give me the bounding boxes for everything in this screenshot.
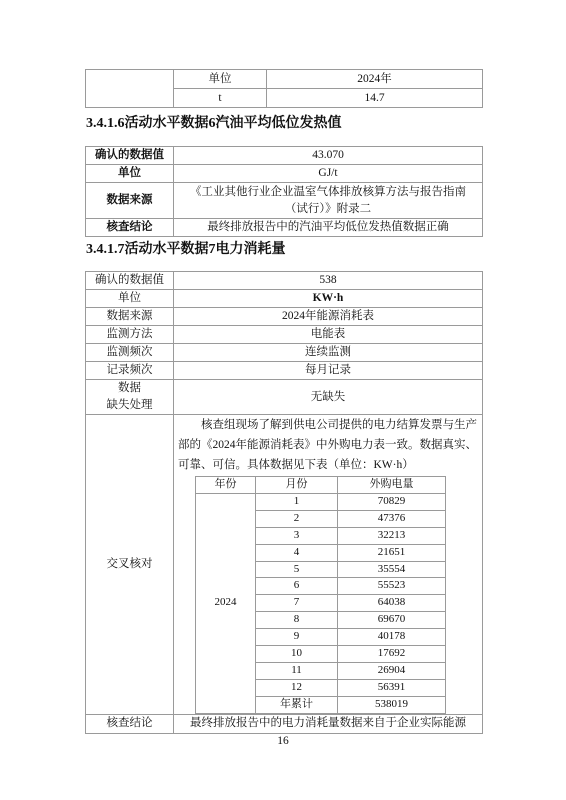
- row-label: 确认的数据值: [86, 147, 174, 165]
- row-value: 2024年能源消耗表: [174, 308, 483, 326]
- amount-cell: 40178: [338, 629, 446, 646]
- row-value: 《工业其他行业企业温室气体排放核算方法与报告指南（试行）》附录二: [174, 183, 483, 219]
- section-heading-7: 3.4.1.7活动水平数据7电力消耗量: [86, 241, 286, 259]
- monthly-electricity-table: 年份 月份 外购电量 2024 1 70829 247376 332213 42…: [195, 476, 446, 714]
- amount-cell: 21651: [338, 544, 446, 561]
- header-year: 年份: [196, 477, 256, 494]
- page-number: 16: [0, 735, 566, 747]
- month-cell: 7: [256, 595, 338, 612]
- cross-check-paragraph: 核查组现场了解到供电公司提供的电力结算发票与生产部的《2024年能源消耗表》中外…: [174, 415, 482, 475]
- amount-cell: 64038: [338, 595, 446, 612]
- row-label: 监测方法: [86, 326, 174, 344]
- month-cell: 6: [256, 578, 338, 595]
- header-amount: 外购电量: [338, 477, 446, 494]
- month-cell: 1: [256, 493, 338, 510]
- month-cell: 9: [256, 629, 338, 646]
- amount-cell: 17692: [338, 646, 446, 663]
- row-value: 连续监测: [174, 344, 483, 362]
- row-value: KW·h: [174, 290, 483, 308]
- row-label: 数据 缺失处理: [86, 380, 174, 415]
- row-value: GJ/t: [174, 165, 483, 183]
- amount-cell: 26904: [338, 662, 446, 679]
- conclusion-label: 核查结论: [86, 714, 174, 733]
- total-value: 538019: [338, 696, 446, 713]
- month-cell: 3: [256, 527, 338, 544]
- amount-cell: 32213: [338, 527, 446, 544]
- unit-header: 单位: [174, 70, 267, 89]
- amount-cell: 55523: [338, 578, 446, 595]
- empty-label-cell: [86, 70, 174, 108]
- row-label: 监测频次: [86, 344, 174, 362]
- row-label: 单位: [86, 290, 174, 308]
- month-cell: 11: [256, 662, 338, 679]
- month-cell: 2: [256, 510, 338, 527]
- gasoline-consumption-table-tail: 单位 2024年 t 14.7: [85, 69, 483, 108]
- amount-cell: 35554: [338, 561, 446, 578]
- month-cell: 8: [256, 612, 338, 629]
- row-label: 数据来源: [86, 308, 174, 326]
- row-value: 无缺失: [174, 380, 483, 415]
- row-value: 电能表: [174, 326, 483, 344]
- amount-cell: 47376: [338, 510, 446, 527]
- month-cell: 4: [256, 544, 338, 561]
- label-line-2: 缺失处理: [86, 397, 173, 414]
- amount-cell: 56391: [338, 679, 446, 696]
- section-heading-6: 3.4.1.6活动水平数据6汽油平均低位发热值: [86, 115, 342, 133]
- row-label: 核查结论: [86, 219, 174, 237]
- conclusion-value: 最终排放报告中的电力消耗量数据来自于企业实际能源: [174, 714, 483, 733]
- row-value: 538: [174, 272, 483, 290]
- unit-value: t: [174, 89, 267, 108]
- label-line-1: 数据: [86, 380, 173, 397]
- row-label: 确认的数据值: [86, 272, 174, 290]
- row-value: 每月记录: [174, 362, 483, 380]
- cross-check-label: 交叉核对: [86, 415, 174, 715]
- month-cell: 10: [256, 646, 338, 663]
- month-cell: 5: [256, 561, 338, 578]
- row-label: 数据来源: [86, 183, 174, 219]
- amount-cell: 69670: [338, 612, 446, 629]
- row-value: 最终排放报告中的汽油平均低位发热值数据正确: [174, 219, 483, 237]
- month-cell: 12: [256, 679, 338, 696]
- row-label: 单位: [86, 165, 174, 183]
- total-label: 年累计: [256, 696, 338, 713]
- row-label: 记录频次: [86, 362, 174, 380]
- amount-cell: 70829: [338, 493, 446, 510]
- electricity-consumption-table: 确认的数据值 538 单位 KW·h 数据来源 2024年能源消耗表 监测方法 …: [85, 271, 483, 734]
- year-cell: 2024: [196, 493, 256, 713]
- gasoline-heat-value-table: 确认的数据值 43.070 单位 GJ/t 数据来源 《工业其他行业企业温室气体…: [85, 146, 483, 237]
- row-value: 43.070: [174, 147, 483, 165]
- year-header: 2024年: [267, 70, 483, 89]
- consumption-value: 14.7: [267, 89, 483, 108]
- header-month: 月份: [256, 477, 338, 494]
- cross-check-content: 核查组现场了解到供电公司提供的电力结算发票与生产部的《2024年能源消耗表》中外…: [174, 415, 483, 715]
